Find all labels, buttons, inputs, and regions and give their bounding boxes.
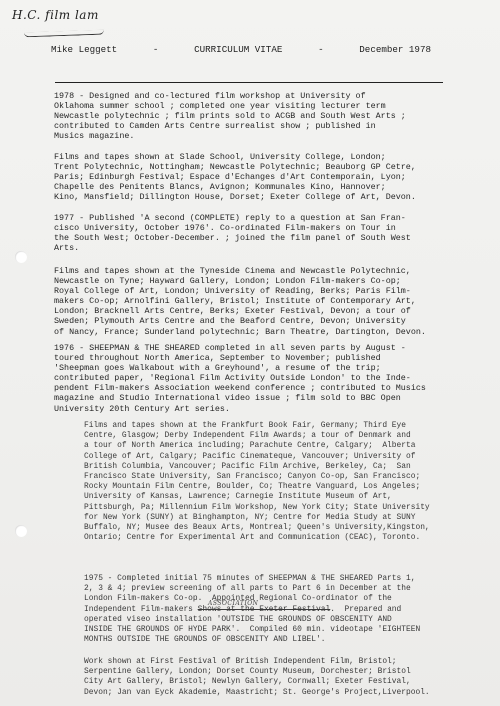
entry-1975-shows: Work shown at First Festival of British … xyxy=(84,657,430,698)
entry-1975-line: . Prepared and xyxy=(330,605,401,614)
entry-1977-shows: Films and tapes shown at the Tyneside Ci… xyxy=(54,266,426,337)
author-name: Mike Leggett xyxy=(51,44,117,55)
entry-1975-line: Independent Film-makers xyxy=(84,605,198,614)
entry-1975: 1975 - Completed initial 75 minutes of S… xyxy=(84,574,420,645)
entry-1975-line: MONTHS OUTSIDE THE GROUNDS OF OBSCENITY … xyxy=(84,635,326,644)
entry-1975-line: INSIDE THE GROUNDS OF HYDE PARK'. Compil… xyxy=(84,625,420,634)
punch-hole xyxy=(15,251,27,263)
entry-1975-line: 1975 - Completed initial 75 minutes of S… xyxy=(84,574,415,583)
entry-1977: 1977 - Published 'A second (COMPLETE) re… xyxy=(54,213,411,253)
document-header: Mike Leggett - CURRICULUM VITAE - Decemb… xyxy=(51,44,431,55)
header-rule xyxy=(55,82,443,83)
header-separator: - xyxy=(153,44,159,55)
document-page: H.C. film lam Mike Leggett - CURRICULUM … xyxy=(0,0,500,706)
document-date: December 1978 xyxy=(359,44,431,55)
document-title: CURRICULUM VITAE xyxy=(194,44,282,55)
entry-1975-line: operated viseo installation 'OUTSIDE THE… xyxy=(84,615,392,624)
entry-1978-shows: Films and tapes shown at Slade School, U… xyxy=(54,152,416,202)
punch-hole xyxy=(15,525,27,537)
entry-1975-line: 2, 3 & 4; preview screening of all parts… xyxy=(84,584,411,593)
handwritten-underline xyxy=(24,30,104,38)
handwritten-note: H.C. film lam xyxy=(12,8,99,22)
entry-1976: 1976 - SHEEPMAN & THE SHEARED completed … xyxy=(54,343,426,414)
entry-1976-shows: Films and tapes shown at the Frankfurt B… xyxy=(84,421,430,543)
header-separator: - xyxy=(318,44,324,55)
entry-1978: 1978 - Designed and co-lectured film wor… xyxy=(54,91,406,141)
handwritten-correction: ASSOCIATION xyxy=(208,600,258,607)
